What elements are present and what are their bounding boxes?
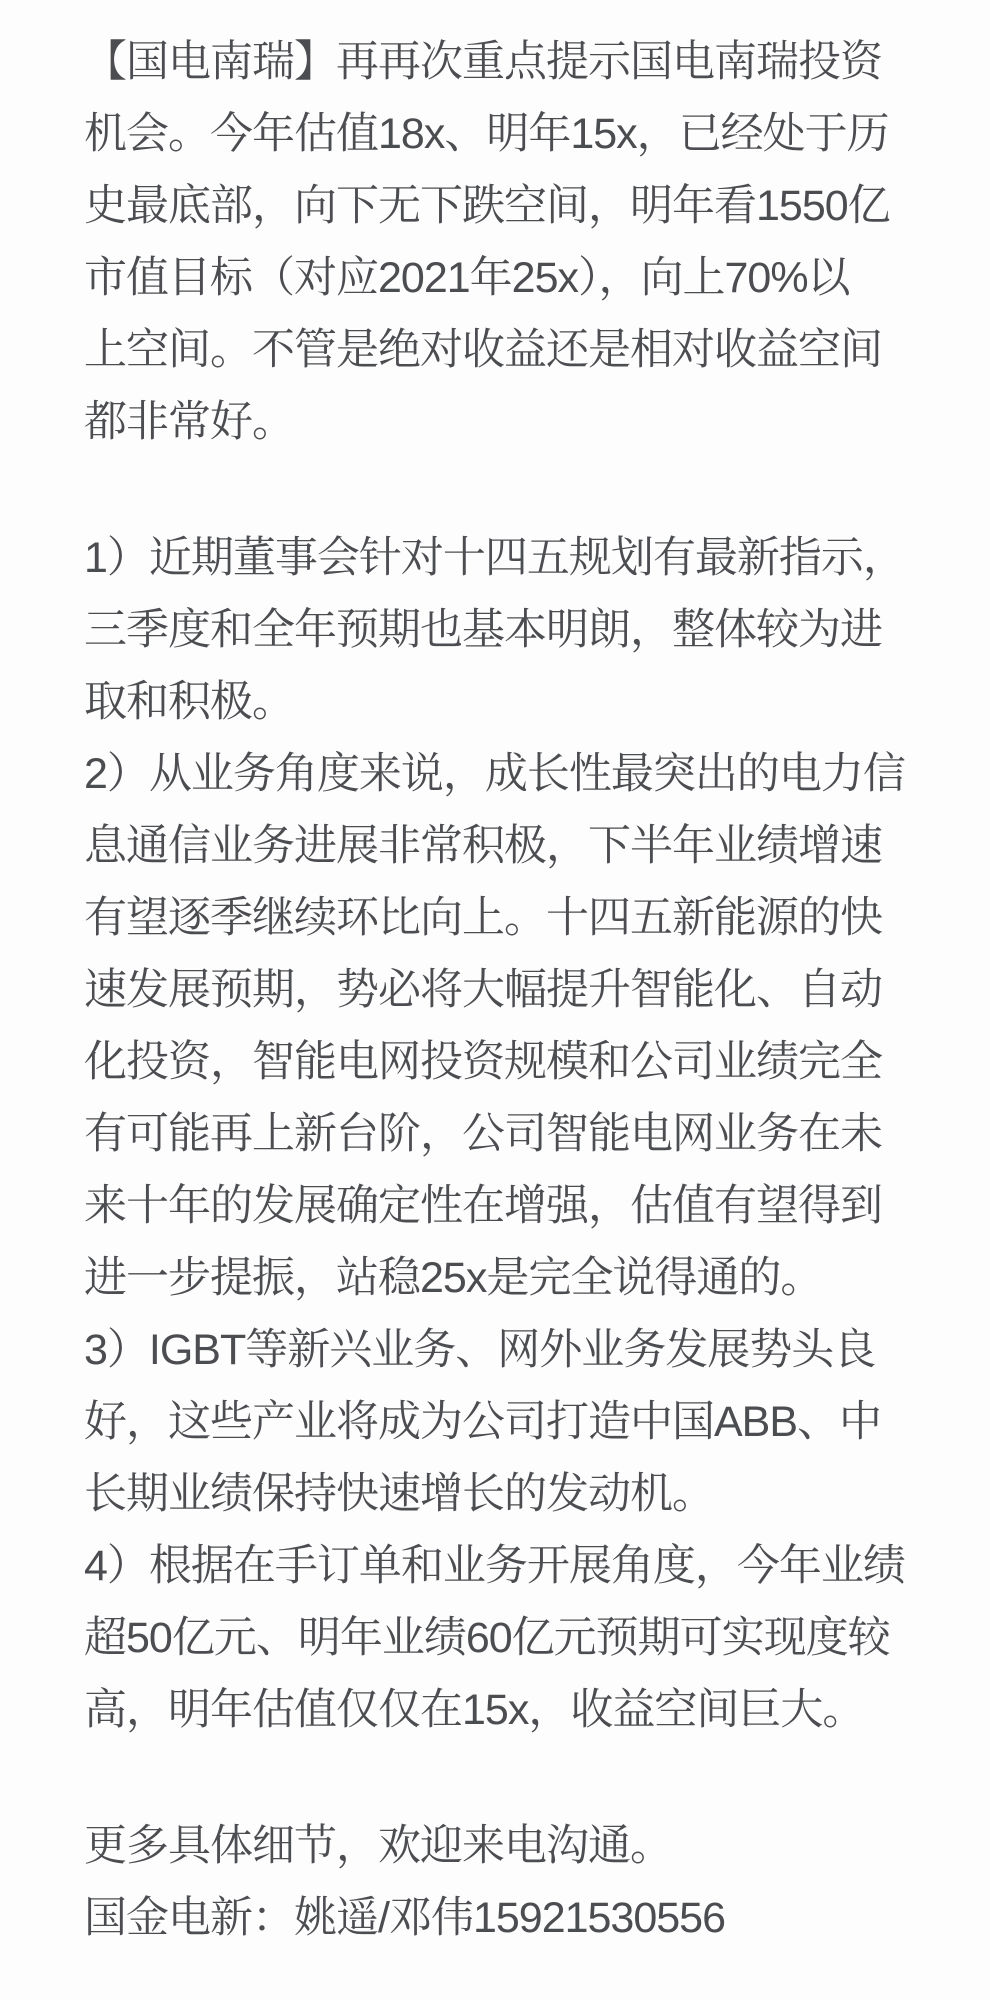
text-line: 都非常好。 [84,386,920,458]
text-line: 4）根据在手订单和业务开展角度，今年业绩 [84,1530,920,1602]
text-line: 史最底部，向下无下跌空间，明年看1550亿 [84,170,920,242]
text-line: 三季度和全年预期也基本明朗，整体较为进 [84,594,920,666]
paragraph-intro: 【国电南瑞】再再次重点提示国电南瑞投资 机会。今年估值18x、明年15x，已经处… [84,26,920,458]
text-line: 上空间。不管是绝对收益还是相对收益空间 [84,314,920,386]
paragraph-closing: 更多具体细节，欢迎来电沟通。 [84,1810,920,1882]
text-line: 【国电南瑞】再再次重点提示国电南瑞投资 [84,26,920,98]
text-line: 化投资，智能电网投资规模和公司业绩完全 [84,1026,920,1098]
text-line: 3）IGBT等新兴业务、网外业务发展势头良 [84,1314,920,1386]
text-line: 机会。今年估值18x、明年15x，已经处于历 [84,98,920,170]
text-line: 市值目标（对应2021年25x），向上70%以 [84,242,920,314]
message-screenshot: 【国电南瑞】再再次重点提示国电南瑞投资 机会。今年估值18x、明年15x，已经处… [0,0,990,2000]
text-line: 长期业绩保持快速增长的发动机。 [84,1458,920,1530]
text-line: 来十年的发展确定性在增强，估值有望得到 [84,1170,920,1242]
text-line: 更多具体细节，欢迎来电沟通。 [84,1810,920,1882]
text-line: 速发展预期，势必将大幅提升智能化、自动 [84,954,920,1026]
contact-line: 国金电新：姚遥/邓伟15921530556 [84,1882,920,1954]
text-line: 超50亿元、明年业绩60亿元预期可实现度较 [84,1602,920,1674]
paragraph-gap [84,458,920,522]
paragraph-point-1: 1）近期董事会针对十四五规划有最新指示， 三季度和全年预期也基本明朗，整体较为进… [84,522,920,738]
text-line: 有望逐季继续环比向上。十四五新能源的快 [84,882,920,954]
paragraph-signature: 国金电新：姚遥/邓伟15921530556 [84,1882,920,1954]
paragraph-point-3: 3）IGBT等新兴业务、网外业务发展势头良 好，这些产业将成为公司打造中国ABB… [84,1314,920,1530]
text-line: 1）近期董事会针对十四五规划有最新指示， [84,522,920,594]
text-line: 2）从业务角度来说，成长性最突出的电力信 [84,738,920,810]
paragraph-point-4: 4）根据在手订单和业务开展角度，今年业绩 超50亿元、明年业绩60亿元预期可实现… [84,1530,920,1746]
text-line: 进一步提振，站稳25x是完全说得通的。 [84,1242,920,1314]
text-line: 好，这些产业将成为公司打造中国ABB、中 [84,1386,920,1458]
message-body: 【国电南瑞】再再次重点提示国电南瑞投资 机会。今年估值18x、明年15x，已经处… [0,0,990,1954]
text-line: 取和积极。 [84,666,920,738]
text-line: 高，明年估值仅仅在15x，收益空间巨大。 [84,1674,920,1746]
text-line: 息通信业务进展非常积极，下半年业绩增速 [84,810,920,882]
paragraph-gap [84,1746,920,1810]
text-line: 有可能再上新台阶，公司智能电网业务在未 [84,1098,920,1170]
paragraph-point-2: 2）从业务角度来说，成长性最突出的电力信 息通信业务进展非常积极，下半年业绩增速… [84,738,920,1314]
